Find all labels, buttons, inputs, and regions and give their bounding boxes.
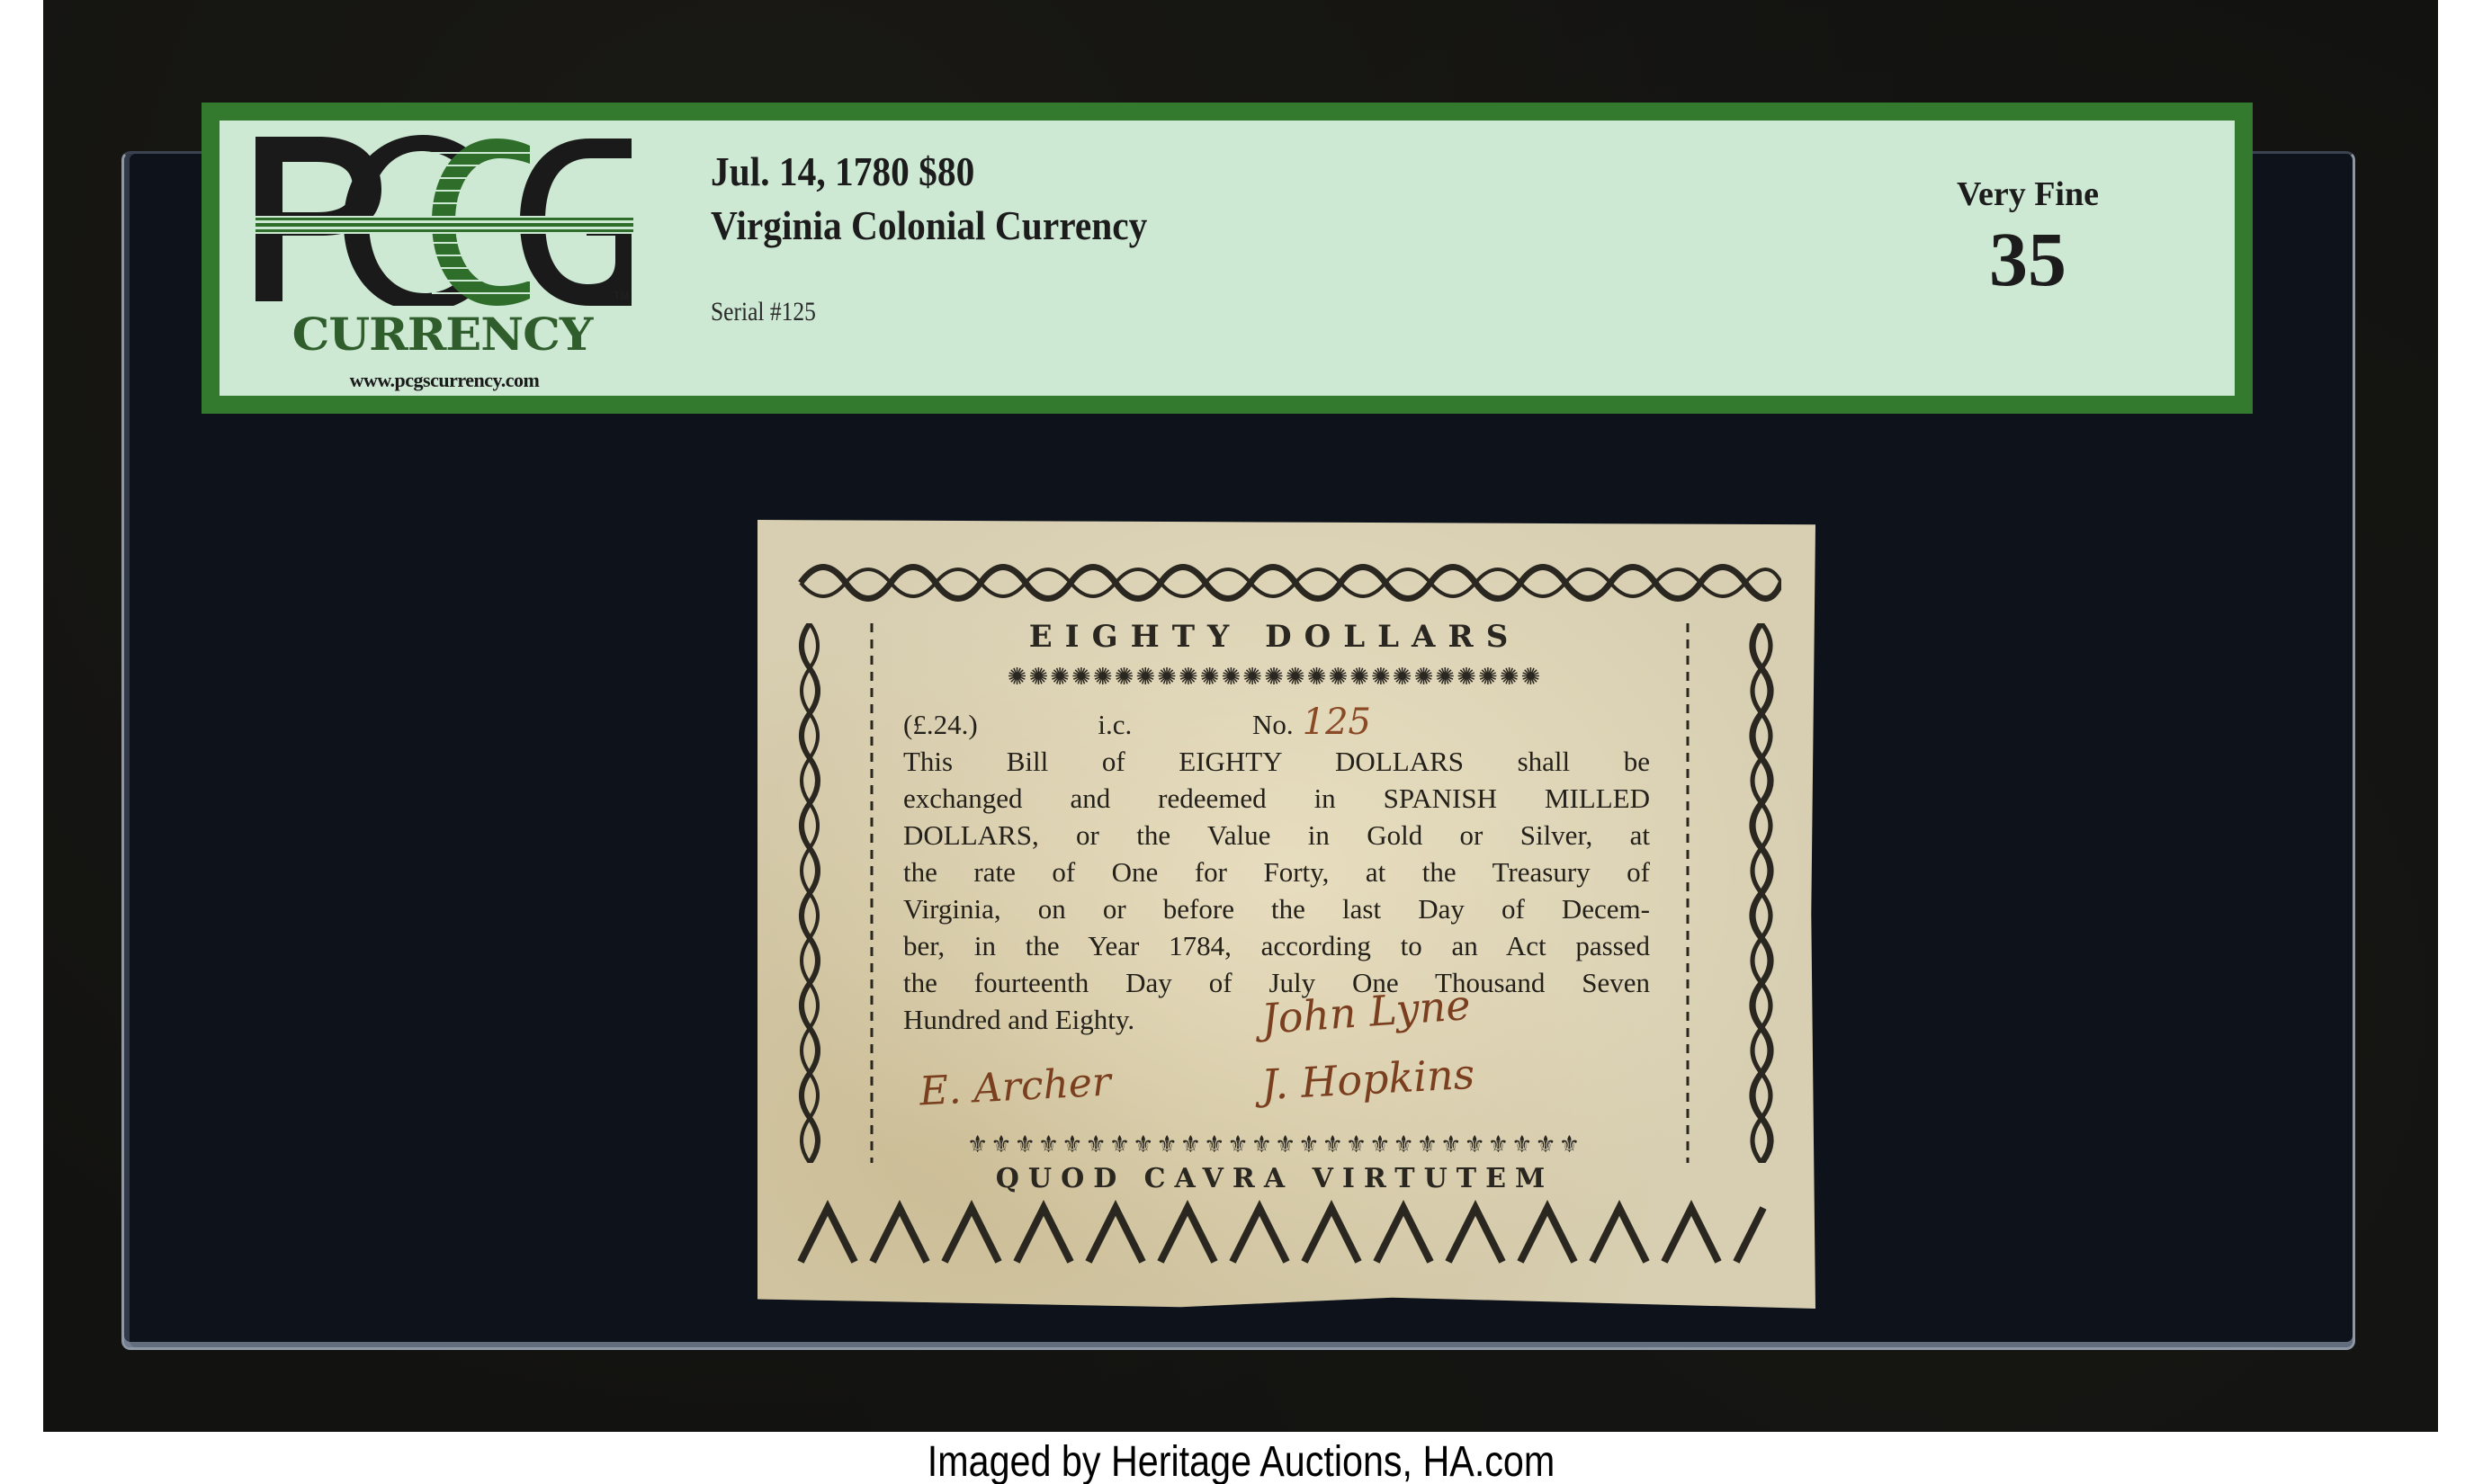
serial-number: Serial #125 (711, 297, 816, 327)
banknote: EIGHTY DOLLARS ✺✺✺✺✺✺✺✺✺✺✺✺✺✺✺✺✺✺✺✺✺✺✺✺✺… (757, 520, 1815, 1309)
right-ornament-border-icon (1743, 623, 1779, 1163)
handwritten-serial: 125 (1303, 702, 1371, 743)
note-motto: QUOD CAVRA VIRTUTEM (892, 1163, 1657, 1194)
signature: E. Archer (919, 1059, 1112, 1114)
ref-code: i.c. (1098, 709, 1132, 740)
top-ornament-border-icon (792, 547, 1781, 614)
grade-number: 35 (1893, 214, 2163, 304)
pcgs-currency-logo: TM CURRENCY www.pcgscurrency.com (255, 135, 633, 405)
grade-description: Very Fine (1893, 174, 2163, 214)
note-text-line: ber, in the Year 1784, according to an A… (903, 927, 1650, 964)
note-text-line: This Bill of EIGHTY DOLLARS shall be (903, 743, 1650, 780)
left-ornament-border-icon (793, 623, 826, 1163)
pcgs-grading-label: TM CURRENCY www.pcgscurrency.com Jul. 14… (202, 103, 2253, 414)
bottom-ornament-border-icon (792, 1199, 1781, 1271)
dagger-ornament-row: ⚜⚜⚜⚜⚜⚜⚜⚜⚜⚜⚜⚜⚜⚜⚜⚜⚜⚜⚜⚜⚜⚜⚜⚜⚜⚜ (892, 1131, 1657, 1158)
signature: J. Hopkins (1260, 1050, 1476, 1109)
note-body: (£.24.) i.c. No.125 This Bill of EIGHTY … (903, 704, 1650, 1038)
note-text-line: Virginia, on or before the last Day of D… (903, 890, 1650, 927)
label-panel: TM CURRENCY www.pcgscurrency.com Jul. 14… (220, 121, 2235, 396)
note-text-line: exchanged and redeemed in SPANISH MILLED (903, 780, 1650, 817)
star-ornament-row: ✺✺✺✺✺✺✺✺✺✺✺✺✺✺✺✺✺✺✺✺✺✺✺✺✺ (892, 664, 1657, 691)
pound-value: (£.24.) (903, 709, 978, 740)
note-date-denomination: Jul. 14, 1780 $80 (711, 148, 974, 195)
currency-wordmark: CURRENCY (247, 308, 639, 361)
number-field: No.125 (1252, 709, 1371, 740)
right-dagger-column-icon (1681, 623, 1694, 1163)
note-text-line: DOLLARS, or the Value in Gold or Silver,… (903, 817, 1650, 854)
pcgs-logo-icon (255, 135, 633, 306)
trademark-mark: TM (614, 290, 629, 302)
note-heading: EIGHTY DOLLARS (892, 619, 1657, 655)
left-dagger-column-icon (865, 623, 878, 1163)
note-issuer: Virginia Colonial Currency (711, 201, 1147, 249)
reference-line: (£.24.) i.c. No.125 (903, 704, 1371, 743)
website-link[interactable]: www.pcgscurrency.com (255, 369, 633, 392)
note-text-line: the rate of One for Forty, at the Treasu… (903, 854, 1650, 890)
image-credit: Imaged by Heritage Auctions, HA.com (0, 1437, 2483, 1484)
